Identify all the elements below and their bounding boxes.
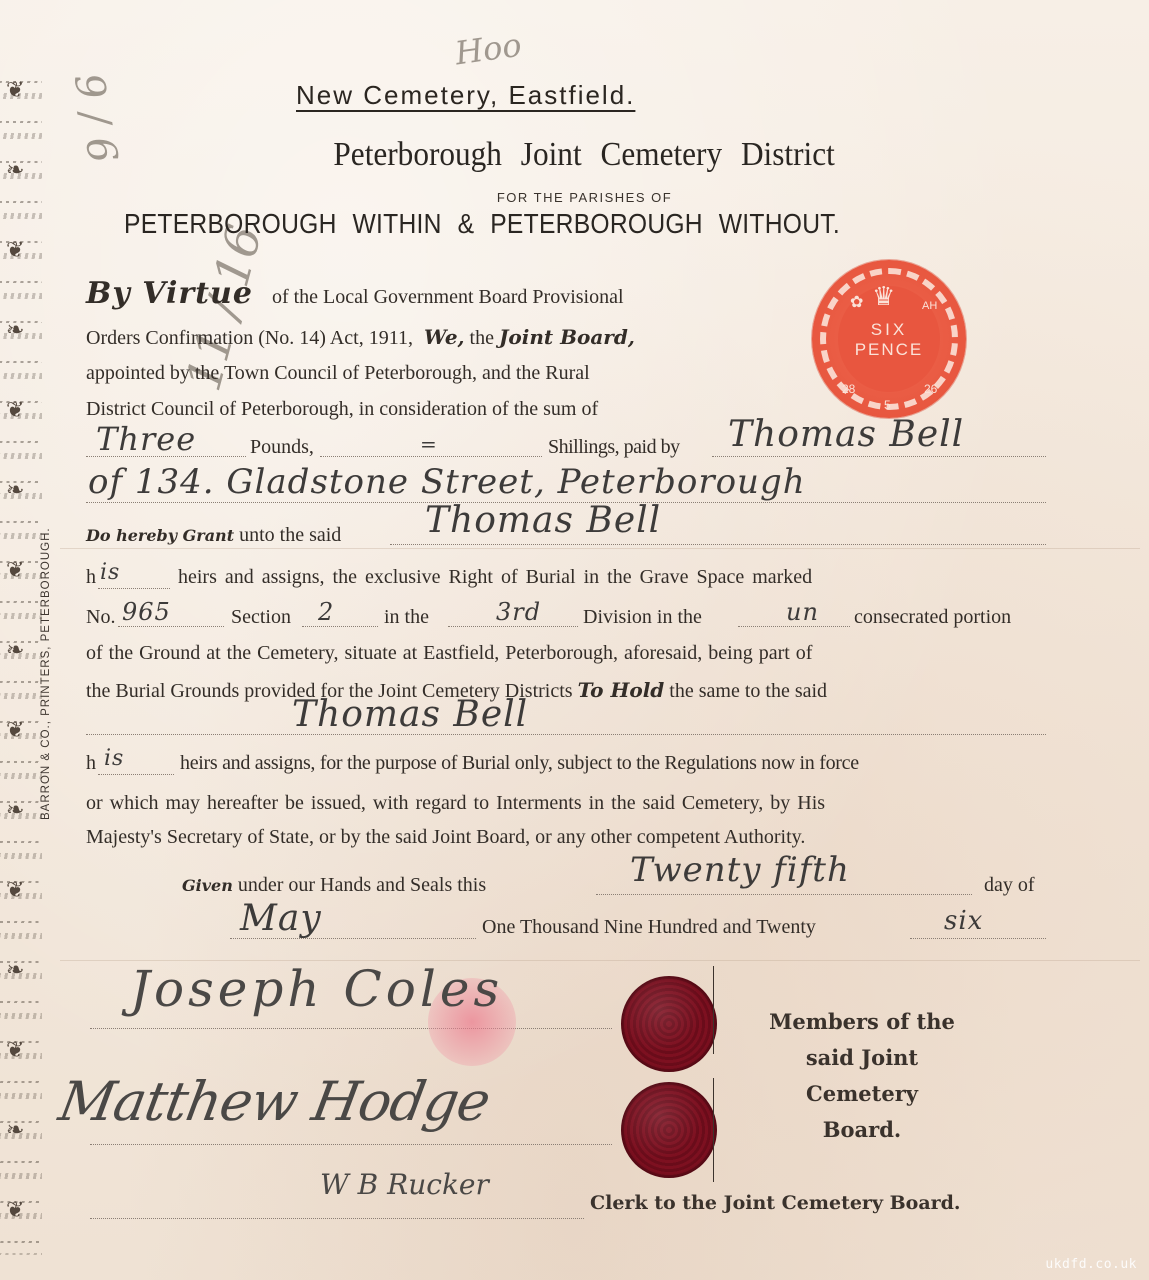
printer-imprint: BARRON & CO., PRINTERS, PETERBOROUGH. (40, 527, 52, 820)
parishes-label: FOR THE PARISHES OF (0, 190, 1149, 205)
leaf-icon: ❧ (6, 480, 24, 502)
leaf-icon: ❦ (6, 1040, 24, 1062)
grant-text: unto the said (239, 524, 341, 546)
year-label: One Thousand Nine Hundred and Twenty (482, 916, 816, 939)
certificate-paper: ❦ ❧ ❦ ❧ ❦ ❧ ❦ ❧ ❦ ❧ ❦ ❧ ❦ ❧ ❦ BARRON & C… (0, 0, 1149, 1280)
recital-text: of the Local Government Board Provisiona… (272, 286, 624, 308)
pronoun-field-line (98, 588, 170, 589)
holder-field-line (86, 734, 1046, 735)
section-field-line (302, 626, 378, 627)
heirs-line-2-prefix: h (86, 752, 96, 775)
signature-member-1: Joseph Coles (130, 960, 503, 1018)
signature-line-clerk (90, 1218, 584, 1219)
consecration-field-line (738, 626, 850, 627)
leaf-icon: ❧ (6, 320, 24, 342)
stamp-initials: AH (922, 300, 937, 312)
members-caption-line: Members of the (752, 1004, 972, 1040)
members-caption-line: Cemetery (752, 1076, 972, 1112)
rose-icon: ✿ (850, 292, 863, 311)
watermark: ukdfd.co.uk (1045, 1257, 1137, 1272)
signature-line-1 (90, 1028, 612, 1029)
day-field-line (596, 894, 972, 895)
month-value: May (240, 898, 322, 939)
leaf-icon: ❦ (6, 400, 24, 422)
division-field-line (448, 626, 578, 627)
signature-member-2: Matthew Hodge (54, 1070, 494, 1133)
section-label: Section (231, 606, 291, 629)
do-hereby-grant-blackletter: Do hereby Grant (86, 526, 234, 545)
stamp-date-year: 26 (924, 382, 937, 396)
district-title: Peterborough Joint Cemetery District (46, 136, 1112, 174)
parishes-names: PETERBOROUGH WITHIN & PETERBOROUGH WITHO… (124, 208, 898, 240)
signature-line-2 (90, 1144, 612, 1145)
in-the-label: in the (384, 606, 429, 629)
bracket-line (713, 1078, 714, 1182)
leaf-icon: ❧ (6, 160, 24, 182)
shillings-label: Shillings, paid by (548, 436, 680, 459)
stamp-value-line1: SIX (812, 320, 966, 340)
pronoun-suffix-value-2: is (104, 746, 124, 771)
recital-text: Orders Confirmation (No. 14) Act, 1911, (86, 327, 413, 349)
fold-crease (60, 548, 1140, 549)
grantee-value: Thomas Bell (425, 500, 661, 541)
we-blackletter: We, (424, 325, 465, 349)
to-hold-blackletter: To Hold (578, 678, 665, 702)
paid-by-field-line (712, 456, 1046, 457)
pronoun-field-line-2 (98, 774, 174, 775)
recital-line-1: By Virtue of the Local Government Board … (86, 276, 624, 311)
heirs-text-2: heirs and assigns, for the purpose of Bu… (180, 752, 859, 775)
bracket-line (713, 966, 714, 1054)
by-virtue-heading: By Virtue (86, 276, 253, 311)
year-field-line (910, 938, 1046, 939)
leaf-icon: ❧ (6, 1120, 24, 1142)
signature-clerk: W B Rucker (320, 1168, 489, 1201)
grant-line: Do hereby Grant unto the said (86, 524, 341, 547)
shillings-field-line (320, 456, 542, 457)
members-caption-line: Board. (752, 1112, 972, 1148)
regulations-line: or which may hereafter be issued, with r… (86, 792, 825, 815)
leaf-icon: ❦ (6, 1200, 24, 1222)
pounds-label: Pounds, (250, 436, 314, 459)
holder-value: Thomas Bell (292, 694, 528, 735)
shillings-value: = (420, 432, 438, 456)
grantee-field-line (390, 544, 1046, 545)
heirs-text-1: heirs and assigns, the exclusive Right o… (178, 566, 812, 589)
members-caption-line: said Joint (752, 1040, 972, 1076)
recital-text: the (470, 327, 494, 349)
year-suffix-value: six (944, 906, 983, 936)
leaf-icon: ❦ (6, 240, 24, 262)
grave-number-value: 965 (122, 598, 171, 626)
division-value: 3rd (496, 598, 541, 626)
leaf-icon: ❧ (6, 640, 24, 662)
given-blackletter: Given (182, 876, 233, 895)
leaf-icon: ❧ (6, 800, 24, 822)
recital-line-2: Orders Confirmation (No. 14) Act, 1911, … (86, 325, 635, 350)
pencil-note-top: Hoo (453, 26, 524, 73)
crown-icon: ♛ (872, 282, 895, 312)
given-line: Given under our Hands and Seals this (182, 874, 486, 897)
leaf-icon: ❦ (6, 720, 24, 742)
leaf-icon: ❦ (6, 560, 24, 582)
recital-text: appointed by the Town Council of Peterbo… (86, 362, 590, 384)
leaf-icon: ❦ (6, 880, 24, 902)
given-text: under our Hands and Seals this (238, 874, 486, 896)
stamp-date-month: 5 (884, 398, 891, 412)
division-label: Division in the (583, 606, 702, 629)
address-value: of 134. Gladstone Street, Peterborough (88, 462, 806, 502)
recital-text: District Council of Peterborough, in con… (86, 398, 598, 420)
recital-line-4: District Council of Peterborough, in con… (86, 398, 598, 421)
pronoun-prefix: h (86, 566, 96, 588)
consecration-value: un (786, 598, 819, 626)
sixpence-revenue-stamp: ✿ ♛ AH SIX PENCE 28 5 26 (812, 260, 966, 418)
stamp-value-line2: PENCE (812, 340, 966, 360)
stamp-date-day: 28 (842, 382, 855, 396)
day-value: Twenty fifth (630, 850, 850, 890)
day-of-label: day of (984, 874, 1035, 897)
paid-by-value: Thomas Bell (728, 414, 964, 455)
no-label: No. (86, 606, 115, 629)
consecrated-label: consecrated portion (854, 606, 1011, 629)
wax-seal-2 (621, 1082, 717, 1178)
clerk-caption: Clerk to the Joint Cemetery Board. (590, 1192, 961, 1214)
pounds-value: Three (96, 420, 196, 458)
members-caption: Members of the said Joint Cemetery Board… (752, 1004, 972, 1148)
leaf-icon: ❧ (6, 960, 24, 982)
burial-text: the same to the said (669, 680, 827, 702)
grave-no-field-line (118, 626, 224, 627)
wax-seal-1 (621, 976, 717, 1072)
section-value: 2 (318, 598, 334, 626)
heirs-line-1: h (86, 566, 96, 589)
majesty-line: Majesty's Secretary of State, or by the … (86, 826, 805, 849)
leaf-icon: ❦ (6, 80, 24, 102)
joint-board-blackletter: Joint Board, (499, 325, 635, 349)
recital-line-3: appointed by the Town Council of Peterbo… (86, 362, 590, 385)
pronoun-suffix-value: is (100, 560, 120, 585)
ground-line: of the Ground at the Cemetery, situate a… (86, 642, 812, 665)
cemetery-title: New Cemetery, Eastfield. (296, 80, 635, 111)
